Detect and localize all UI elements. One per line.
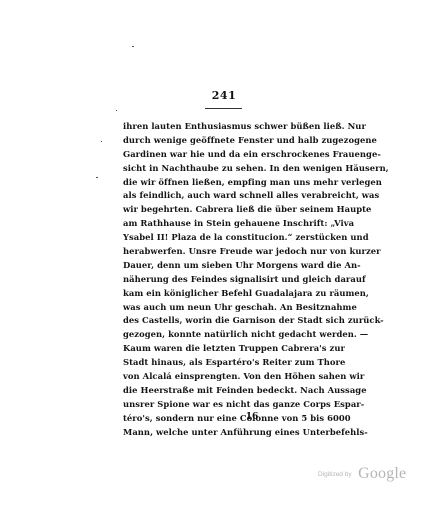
header-rule bbox=[205, 108, 242, 109]
watermark-prefix: Digitized by bbox=[318, 471, 352, 478]
text-line: téro's, sondern nur eine Colonne von 5 b… bbox=[123, 412, 335, 426]
text-line: die wir öffnen ließen, empfing man uns m… bbox=[123, 176, 335, 190]
text-line: des Castells, worin die Garnison der Sta… bbox=[123, 314, 335, 328]
scan-speck bbox=[96, 177, 98, 178]
text-line: Dauer, denn um sieben Uhr Morgens ward d… bbox=[123, 259, 335, 273]
text-line: herabwerfen. Unsre Freude war jedoch nur… bbox=[123, 245, 335, 259]
text-line: wir begehrten. Cabrera ließ die über sei… bbox=[123, 203, 335, 217]
text-line: am Rathhause in Stein gehauene Inschrift… bbox=[123, 217, 335, 231]
text-line: unsrer Spione war es nicht das ganze Cor… bbox=[123, 398, 335, 412]
scan-speck bbox=[132, 46, 134, 47]
scan-speck bbox=[116, 110, 117, 111]
text-line: sicht in Nachthaube zu sehen. In den wen… bbox=[123, 162, 335, 176]
text-line: als feindlich, auch ward schnell alles v… bbox=[123, 189, 335, 203]
text-line: kam ein königlicher Befehl Guadalajara z… bbox=[123, 287, 335, 301]
scan-speck bbox=[101, 141, 102, 142]
text-line: ihren lauten Enthusiasmus schwer büßen l… bbox=[123, 120, 335, 134]
google-logo-text: Google bbox=[358, 465, 406, 482]
text-line: Stadt hinaus, als Espartéro's Reiter zum… bbox=[123, 356, 335, 370]
book-page: 241 ihren lauten Enthusiasmus schwer büß… bbox=[0, 0, 448, 512]
text-line: Mann, welche unter Anführung eines Unter… bbox=[123, 426, 335, 440]
text-line: Kaum waren die letzten Truppen Cabrera's… bbox=[123, 342, 335, 356]
text-line: Ysabel II! Plaza de la constitucion.“ ze… bbox=[123, 231, 335, 245]
page-number: 241 bbox=[0, 89, 448, 102]
text-line: durch wenige geöffnete Fenster und halb … bbox=[123, 134, 335, 148]
text-line: gezogen, konnte natürlich nicht gedacht … bbox=[123, 328, 335, 342]
body-text: ihren lauten Enthusiasmus schwer büßen l… bbox=[123, 120, 335, 439]
signature-mark: 16 bbox=[240, 412, 264, 422]
text-line: Gardinen war hie und da ein erschrockene… bbox=[123, 148, 335, 162]
text-line: näherung des Feindes signalisirt und gle… bbox=[123, 273, 335, 287]
text-line: was auch um neun Uhr geschah. An Besitzn… bbox=[123, 301, 335, 315]
digitized-by-google-watermark: Digitized by Google bbox=[318, 465, 406, 483]
text-line: von Alcalá einsprengten. Von den Höhen s… bbox=[123, 370, 335, 384]
text-line: die Heerstraße mit Feinden bedeckt. Nach… bbox=[123, 384, 335, 398]
